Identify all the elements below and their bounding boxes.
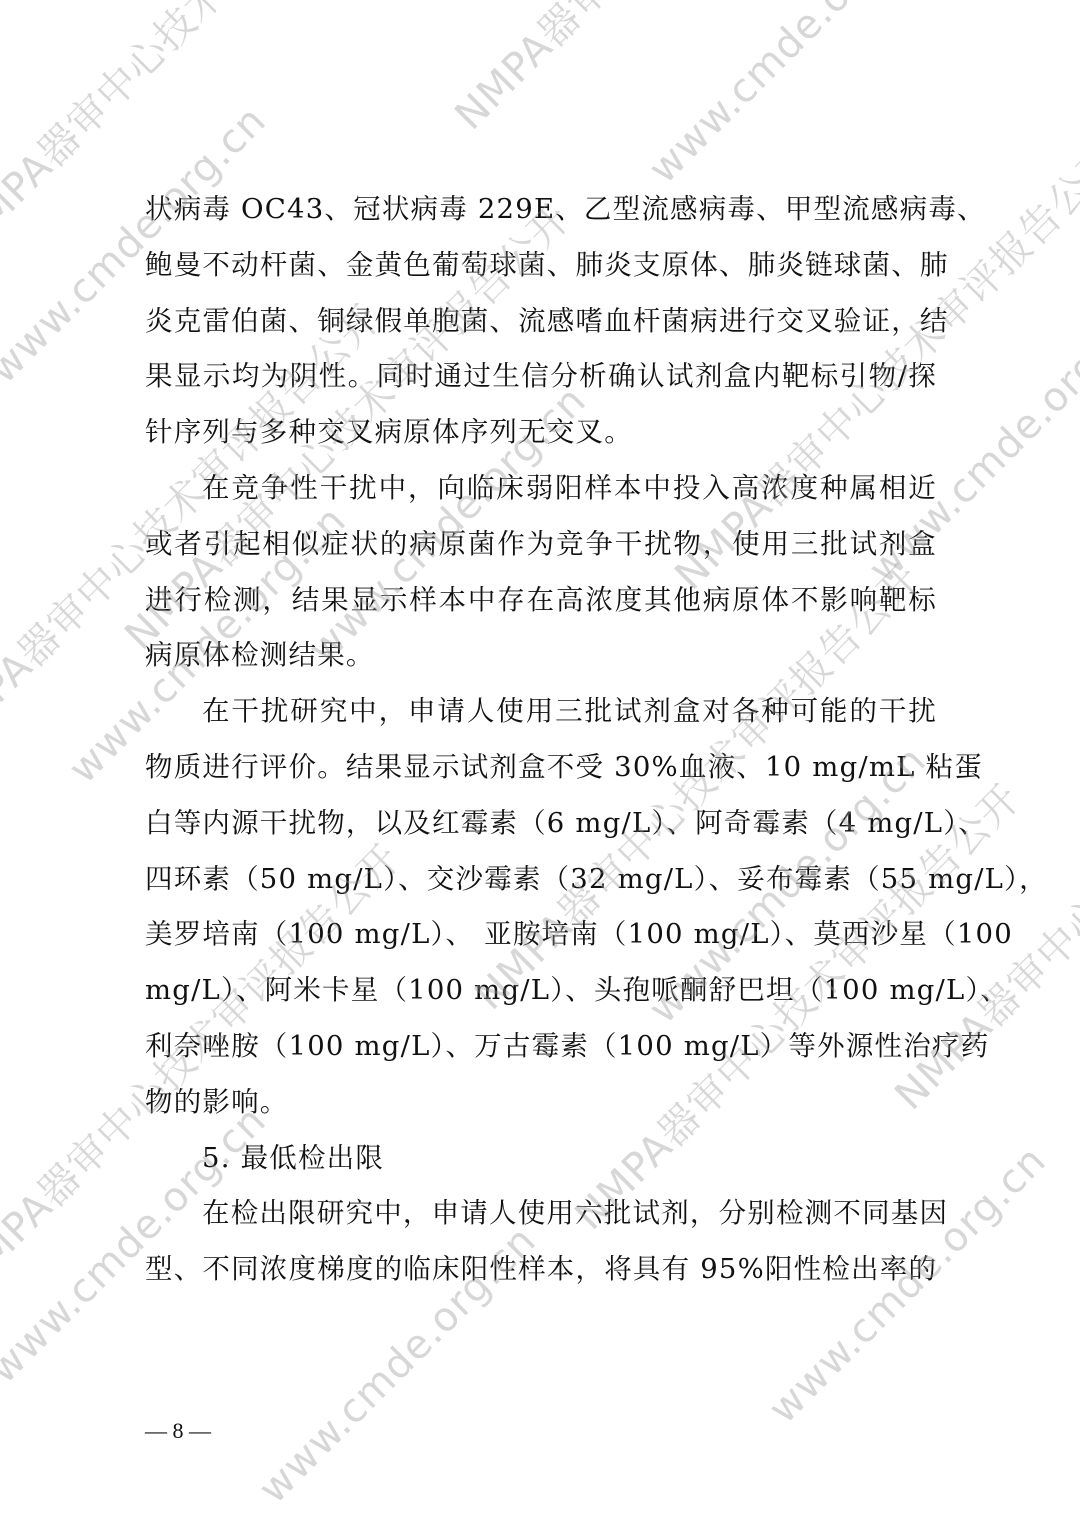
text-line: 利奈唑胺（100 mg/L）、万古霉素（100 mg/L）等外源性治疗药 [145, 1019, 937, 1075]
text-line: 进行检测，结果显示样本中存在高浓度其他病原体不影响靶标 [145, 573, 937, 629]
text-line: 鲍曼不动杆菌、金黄色葡萄球菌、肺炎支原体、肺炎链球菌、肺 [145, 238, 937, 294]
text-line: 炎克雷伯菌、铜绿假单胞菌、流感嗜血杆菌病进行交叉验证，结 [145, 294, 937, 350]
text-line: 或者引起相似症状的病原菌作为竞争干扰物，使用三批试剂盒 [145, 517, 937, 573]
text-line: 在检出限研究中，申请人使用六批试剂，分别检测不同基因 [145, 1186, 937, 1242]
document-page: 状病毒 OC43、冠状病毒 229E、乙型流感病毒、甲型流感病毒、 鲍曼不动杆菌… [0, 0, 1080, 1526]
text-line: 四环素（50 mg/L）、交沙霉素（32 mg/L）、妥布霉素（55 mg/L）… [145, 852, 937, 908]
text-line: mg/L）、阿米卡星（100 mg/L）、头孢哌酮舒巴坦（100 mg/L）、 [145, 963, 937, 1019]
text-line: 美罗培南（100 mg/L）、 亚胺培南（100 mg/L）、莫西沙星（100 [145, 907, 937, 963]
text-line: 型、不同浓度梯度的临床阳性样本，将具有 95%阳性检出率的 [145, 1242, 937, 1298]
text-line: 物质进行评价。结果显示试剂盒不受 30%血液、10 mg/mL 粘蛋 [145, 740, 937, 796]
text-line: 针序列与多种交叉病原体序列无交叉。 [145, 405, 937, 461]
section-heading: 5. 最低检出限 [145, 1131, 937, 1187]
watermark-url: www.cmde.org.cn [640, 0, 935, 193]
text-line: 在干扰研究中，申请人使用三批试剂盒对各种可能的干扰 [145, 684, 937, 740]
document-body: 状病毒 OC43、冠状病毒 229E、乙型流感病毒、甲型流感病毒、 鲍曼不动杆菌… [145, 182, 937, 1298]
text-line: 果显示均为阴性。同时通过生信分析确认试剂盒内靶标引物/探 [145, 349, 937, 405]
watermark-text: NMPA器审中心技术审评报告公开 [440, 0, 911, 140]
text-line: 病原体检测结果。 [145, 628, 937, 684]
page-number: — 8 — [145, 1418, 211, 1444]
text-line: 白等内源干扰物，以及红霉素（6 mg/L）、阿奇霉素（4 mg/L）、 [145, 796, 937, 852]
text-line: 状病毒 OC43、冠状病毒 229E、乙型流感病毒、甲型流感病毒、 [145, 182, 937, 238]
text-line: 在竞争性干扰中，向临床弱阳样本中投入高浓度种属相近 [145, 461, 937, 517]
text-line: 物的影响。 [145, 1075, 937, 1131]
